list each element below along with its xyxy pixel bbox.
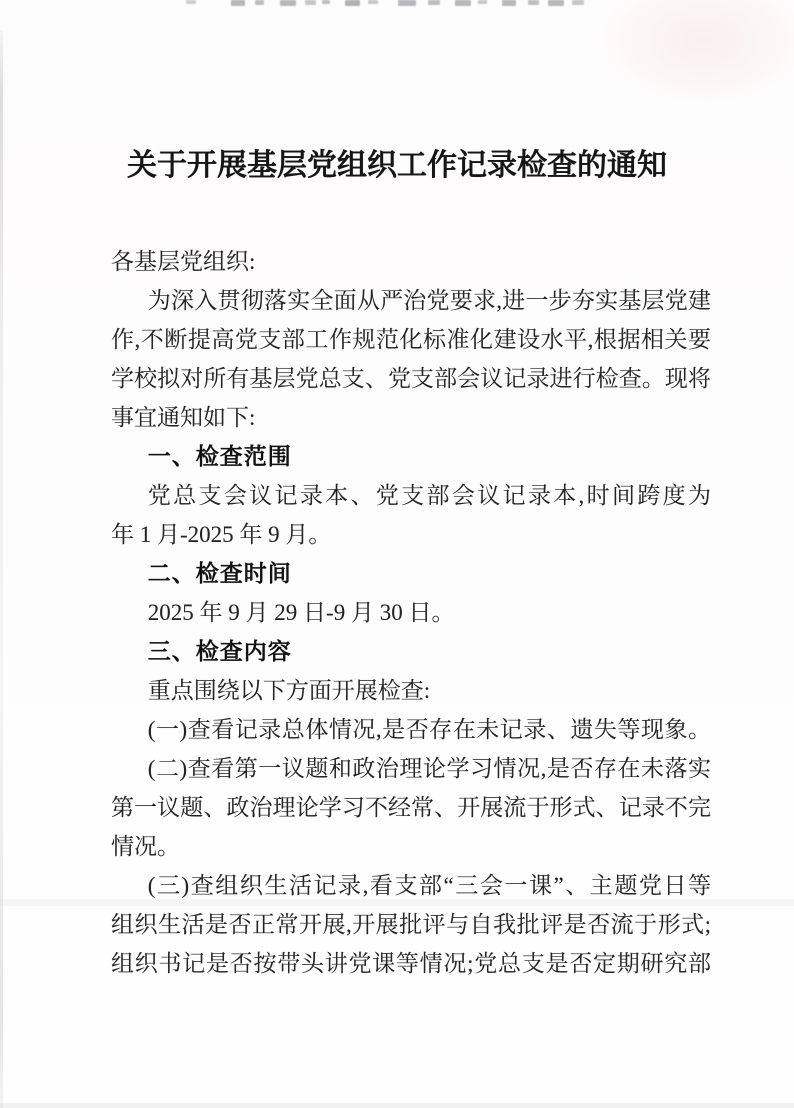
document-line: (三)查组织生活记录,看支部“三会一课”、主题党日等: [111, 866, 711, 905]
document-line: 组织生活是否正常开展,开展批评与自我批评是否流于形式;党: [111, 905, 711, 944]
document-line: 党总支会议记录本、党支部会议记录本,时间跨度为 2025: [111, 476, 711, 515]
document-line: 2025 年 9 月 29 日-9 月 30 日。: [111, 593, 711, 632]
document-line: 第一议题、政治理论学习不经常、开展流于形式、记录不完善等: [111, 788, 711, 827]
document-line: 学校拟对所有基层党总支、党支部会议记录进行检查。现将具体: [111, 359, 711, 398]
document-line: 组织书记是否按带头讲党课等情况;党总支是否定期研究部署基: [111, 944, 711, 983]
document-line: 事宜通知如下:: [111, 398, 711, 437]
document-line: 为深入贯彻落实全面从严治党要求,进一步夯实基层党建工: [111, 281, 711, 320]
document-line: 重点围绕以下方面开展检查:: [111, 671, 711, 710]
scan-artifact-left-edge: [0, 30, 3, 1108]
document-line: 各基层党组织:: [111, 242, 711, 281]
document-line: 年 1 月-2025 年 9 月。: [111, 515, 711, 554]
scan-artifact-pink-tint: [544, 0, 794, 140]
scanned-document-page: 关于开展基层党组织工作记录检查的通知 各基层党组织:为深入贯彻落实全面从严治党要…: [0, 0, 794, 1108]
scan-artifact-bottom-edge: [0, 1103, 794, 1108]
section-heading-line: 一、检查范围: [111, 437, 711, 476]
section-heading-line: 二、检查时间: [111, 554, 711, 593]
document-body: 各基层党组织:为深入贯彻落实全面从严治党要求,进一步夯实基层党建工作,不断提高党…: [111, 242, 711, 983]
section-heading-line: 三、检查内容: [111, 632, 711, 671]
document-line: (一)查看记录总体情况,是否存在未记录、遗失等现象。: [111, 710, 711, 749]
document-line: 作,不断提高党支部工作规范化标准化建设水平,根据相关要求,: [111, 320, 711, 359]
document-line: (二)查看第一议题和政治理论学习情况,是否存在未落实: [111, 749, 711, 788]
document-title: 关于开展基层党组织工作记录检查的通知: [0, 144, 794, 188]
scan-artifact-top-edge: [0, 0, 794, 10]
document-line: 情况。: [111, 827, 711, 866]
